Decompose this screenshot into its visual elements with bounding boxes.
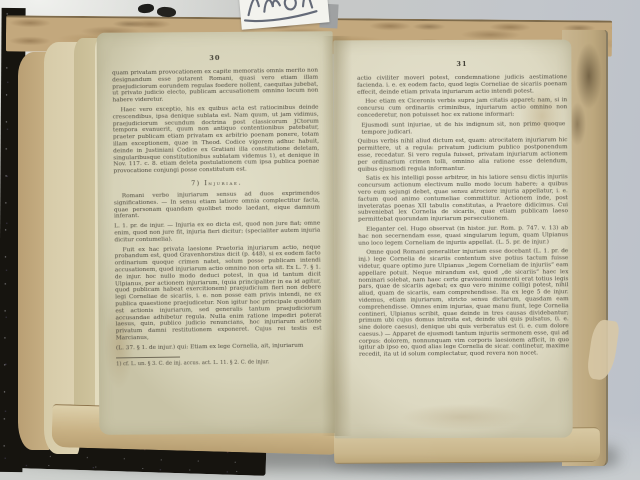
paragraph: Quibus verbis nihil aliud dictum est, qu… (357, 138, 567, 173)
paragraph: (L. 37. § 1. de injur.) qui: Etiam ex le… (116, 342, 322, 352)
left-page-text: 30 quam privatam provocationem ex capite… (112, 53, 322, 369)
right-page-number: 31 (357, 59, 567, 68)
photo-of-open-book: 30 quam privatam provocationem ex capite… (0, 0, 640, 480)
paragraph: L. 1. pr. de injur. — Injuria ex eo dict… (114, 221, 320, 244)
paragraph: Eleganter cel. Hugo observat (in histor.… (358, 225, 568, 247)
right-page-text: 31 actio civiliter moveri potest, condem… (357, 59, 569, 362)
left-page-number: 30 (112, 53, 318, 64)
paragraph: Haec vero exceptio, his ex quibus acta e… (113, 105, 320, 176)
paragraph: quam privatam provocationem ex capite me… (112, 68, 318, 105)
paragraph: actio civiliter moveri potest, condemnat… (357, 74, 567, 96)
book-gutter (322, 36, 352, 436)
footnote-rule (116, 357, 180, 359)
paragraph: Romani verbo injuriarum sensus ad duos e… (114, 191, 320, 221)
section-heading: 7) Injuriae. (114, 179, 320, 189)
foxing-stain (402, 404, 522, 430)
cover-corner-fragment (138, 3, 155, 14)
cover-stain (566, 40, 604, 160)
paragraph: Omne quod Romani generaliter injuriam es… (358, 249, 569, 359)
paragraph: Satis ex his intelligi posse arbitror, i… (358, 175, 568, 224)
paragraph: Fuit ex hac privata laesione Praetoria i… (115, 244, 322, 342)
quoted-passage: Ejusmodi sunt injuriae, ut de his indign… (361, 121, 565, 136)
paragraph: Hoc etiam ex Ciceronis verbis supra jam … (357, 98, 567, 120)
